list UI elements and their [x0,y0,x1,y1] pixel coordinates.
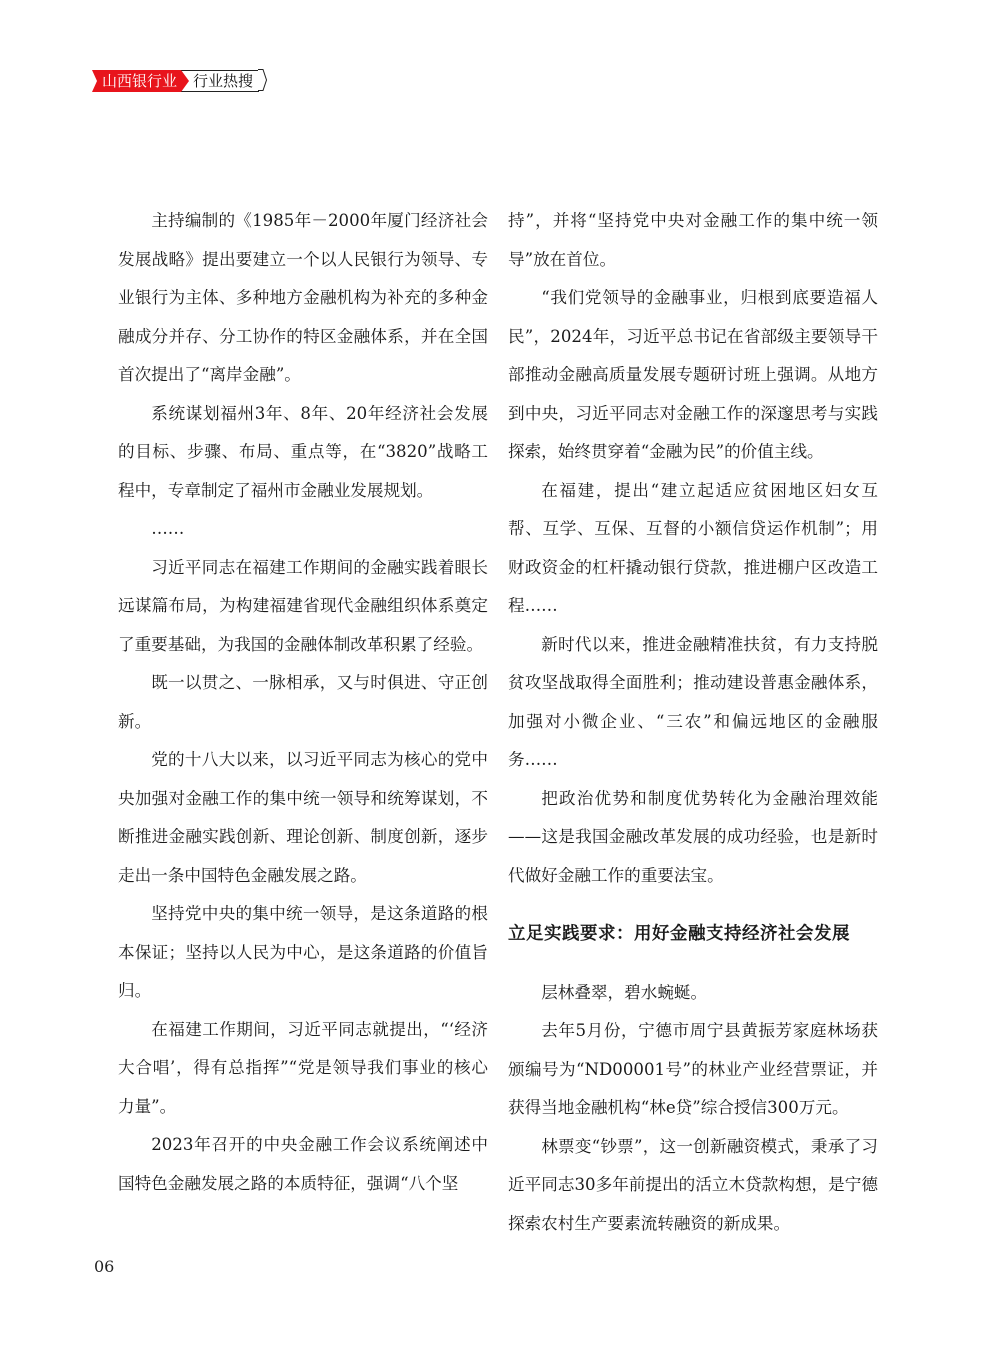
paragraph: 坚持党中央的集中统一领导，是这条道路的根本保证；坚持以人民为中心，是这条道路的价… [118,895,488,1011]
paragraph: 林票变“钞票”，这一创新融资模式，秉承了习近平同志30多年前提出的活立木贷款构想… [508,1128,878,1244]
section-header-badge: 山西银行业 行业热搜 [92,70,259,92]
magazine-tag: 山西银行业 [92,70,181,92]
paragraph-continuation: 持”，并将“坚持党中央对金融工作的集中统一领导”放在首位。 [508,202,878,279]
paragraph: 主持编制的《1985年－2000年厦门经济社会发展战略》提出要建立一个以人民银行… [118,202,488,395]
paragraph: 在福建，提出“建立起适应贫困地区妇女互帮、互学、互保、互督的小额信贷运作机制”；… [508,472,878,626]
right-column: 持”，并将“坚持党中央对金融工作的集中统一领导”放在首位。 “我们党领导的金融事… [508,202,878,1243]
paragraph: 系统谋划福州3年、8年、20年经济社会发展的目标、步骤、布局、重点等，在“382… [118,395,488,511]
paragraph: 习近平同志在福建工作期间的金融实践着眼长远谋篇布局，为构建福建省现代金融组织体系… [118,549,488,665]
paragraph: 2023年召开的中央金融工作会议系统阐述中国特色金融发展之路的本质特征，强调“八… [118,1126,488,1203]
paragraph: 既一以贯之、一脉相承，又与时俱进、守正创新。 [118,664,488,741]
paragraph: “我们党领导的金融事业，归根到底要造福人民”，2024年，习近平总书记在省部级主… [508,279,878,472]
ellipsis-paragraph: …… [118,510,488,549]
page-number: 06 [94,1257,114,1276]
paragraph: 把政治优势和制度优势转化为金融治理效能——这是我国金融改革发展的成功经验，也是新… [508,780,878,896]
paragraph: 去年5月份，宁德市周宁县黄振芳家庭林场获颁编号为“ND00001号”的林业产业经… [508,1012,878,1128]
paragraph: 党的十八大以来，以习近平同志为核心的党中央加强对金融工作的集中统一领导和统筹谋划… [118,741,488,895]
badge-arrow-end-icon [258,69,267,91]
paragraph: 层林叠翠，碧水蜿蜒。 [508,974,878,1013]
paragraph: 在福建工作期间，习近平同志就提出，“‘经济大合唱’，得有总指挥”“党是领导我们事… [118,1011,488,1127]
column-tag: 行业热搜 [181,70,259,92]
section-heading: 立足实践要求：用好金融支持经济社会发展 [508,915,878,954]
left-column: 主持编制的《1985年－2000年厦门经济社会发展战略》提出要建立一个以人民银行… [118,202,488,1203]
paragraph: 新时代以来，推进金融精准扶贫，有力支持脱贫攻坚战取得全面胜利；推动建设普惠金融体… [508,626,878,780]
